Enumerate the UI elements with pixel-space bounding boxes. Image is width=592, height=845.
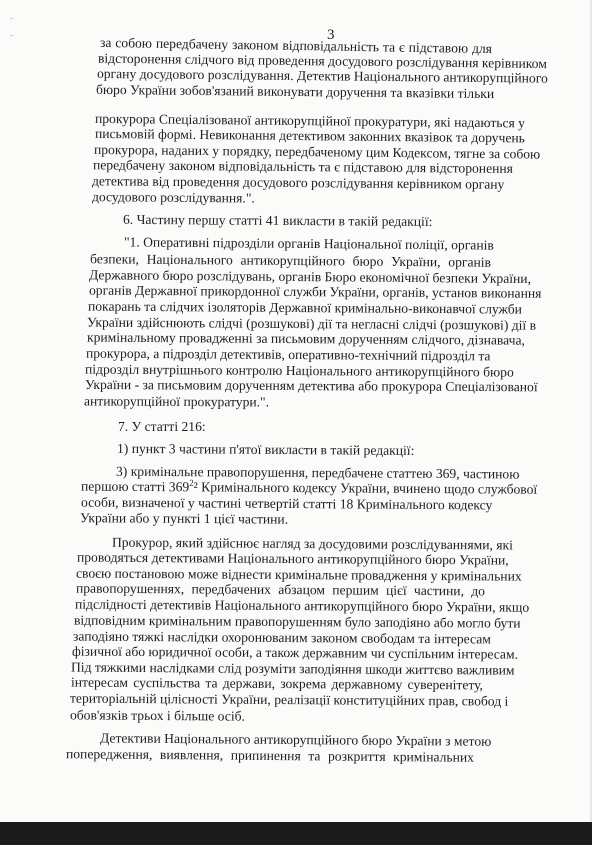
- text-line: 1) пункт 3 частини п'ятої викласти в так…: [117, 441, 437, 459]
- screen-bottom-edge: [0, 822, 592, 845]
- document-page: 3 за собою передбачену законом відповіда…: [0, 0, 592, 822]
- text-line: України або у пункті 1 цієї частини.: [80, 510, 310, 528]
- text-line: обов'язків трьох і більше осіб.: [70, 707, 240, 724]
- section-heading: 6. Частину першу статті 41 викласти в та…: [123, 212, 453, 230]
- text-line: бюро України зобов'язаний виконувати дор…: [96, 82, 492, 102]
- text-line: "1. Оперативні підрозділи органів Націон…: [124, 234, 491, 253]
- text-line: попередження, виявлення, припинення та р…: [66, 746, 474, 766]
- text-line: досудового розслідування.".: [92, 189, 292, 207]
- text-line: територіальній цілісності України, реалі…: [70, 691, 482, 710]
- scan-speck: [10, 18, 13, 19]
- scan-speck: [10, 35, 13, 36]
- section-heading: 7. У статті 216:: [118, 419, 238, 435]
- text-line: України - за письмовим дорученням детект…: [85, 377, 488, 395]
- text-line: антикорупційної прокуратури.".: [84, 393, 284, 410]
